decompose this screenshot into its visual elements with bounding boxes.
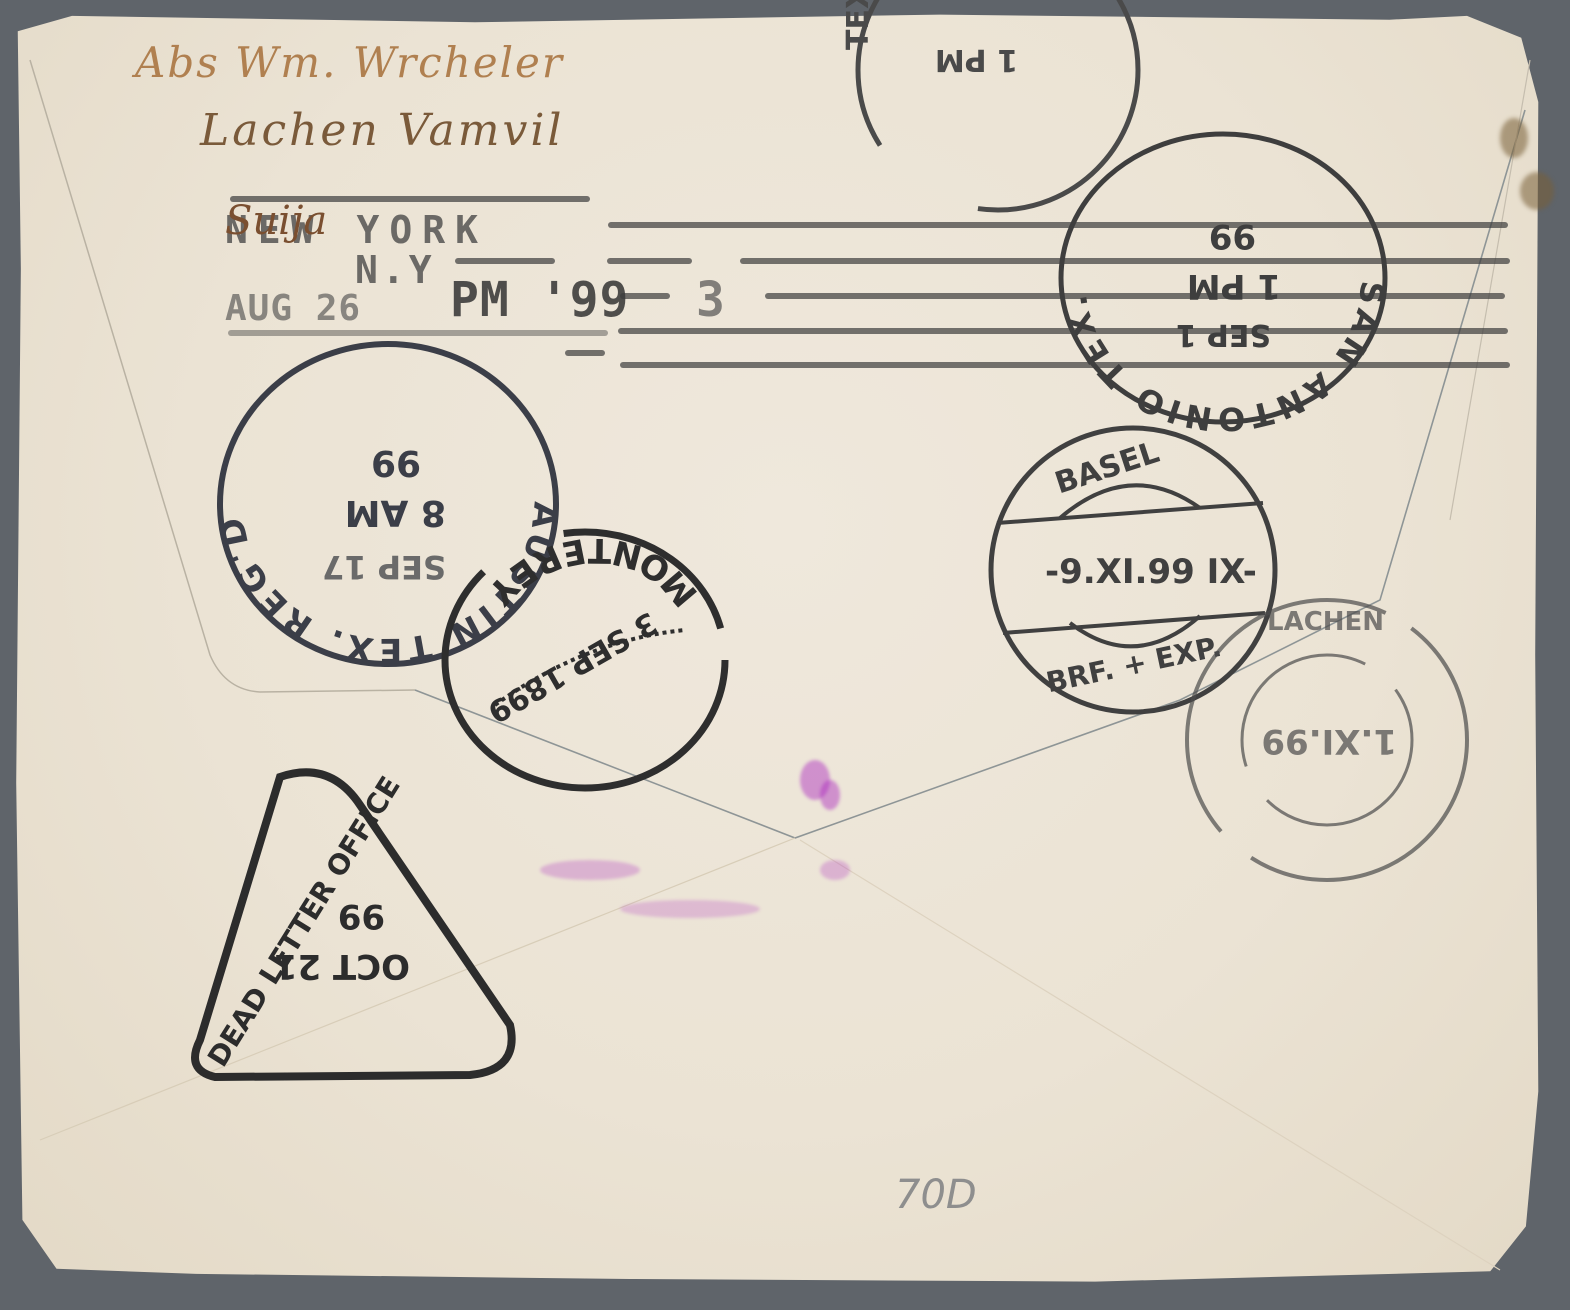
sender-line-3: Suija: [225, 198, 327, 244]
svg-text:99: 99: [1209, 216, 1256, 256]
svg-text:1.XI.99: 1.XI.99: [1261, 721, 1397, 761]
stain: [1500, 118, 1528, 158]
svg-text:TEX.: TEX.: [841, 0, 876, 50]
cancel-machine-number: 3: [696, 272, 725, 328]
cancel-bar: [620, 293, 670, 299]
cancel-bar: [565, 350, 605, 356]
cancel-state: N.Y: [355, 248, 436, 292]
svg-text:1 PM: 1 PM: [935, 42, 1018, 77]
sender-line-2: Lachen Vamvil: [200, 105, 565, 156]
cancel-bar: [607, 258, 692, 264]
cancel-date: AUG 26: [225, 288, 361, 329]
svg-text:99: 99: [371, 442, 421, 483]
svg-text:1 PM: 1 PM: [1187, 266, 1281, 306]
postmark-san-antonio-registered: 1 PM 99 SEP 1 SAN ANTONIO TEX. REG'D: [1055, 130, 1395, 434]
svg-text:LACHEN: LACHEN: [1267, 607, 1384, 637]
svg-text:99: 99: [338, 896, 385, 936]
stain: [1520, 172, 1554, 210]
svg-text:SEP 1: SEP 1: [1176, 317, 1271, 352]
postmark-swiss-arrival: 1.XI.99 LACHEN: [1182, 590, 1482, 894]
postmark-dead-letter-office: OCT 21 99 DEAD LETTER OFFICE: [190, 765, 530, 1089]
violet-ink-trace: [820, 860, 850, 880]
pencil-note: 70D: [895, 1172, 977, 1218]
sender-line-1: Abs Wm. Wrcheler: [135, 38, 564, 87]
violet-ink-trace: [620, 900, 760, 918]
svg-text:-9.XI.99 IX-: -9.XI.99 IX-: [1045, 552, 1257, 592]
svg-text:3 SEP 1899: 3 SEP 1899: [481, 604, 662, 729]
violet-ink-trace: [820, 780, 840, 810]
cancel-time: PM '99: [450, 272, 629, 328]
cancel-bar: [455, 258, 555, 264]
violet-ink-trace: [540, 860, 640, 880]
